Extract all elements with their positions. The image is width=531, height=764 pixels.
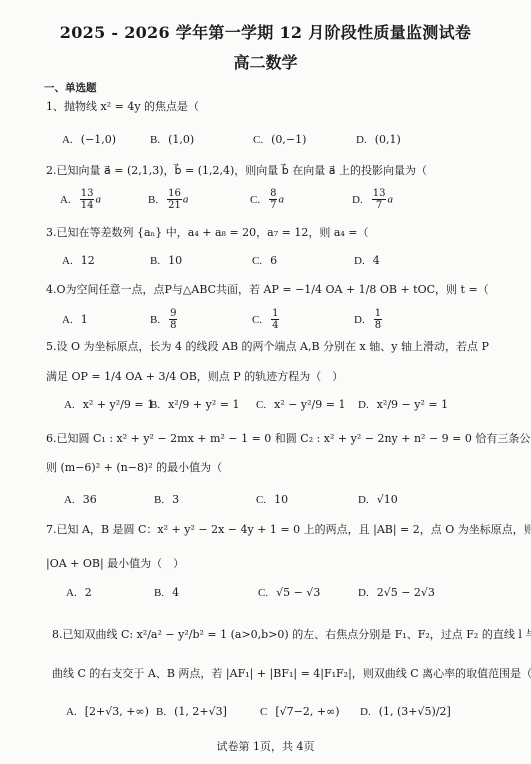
page-footer: 试卷第 1页，共 4页 bbox=[0, 738, 531, 754]
question-7-text-line2: |OA + OB| 最小值为（ ） bbox=[46, 557, 184, 570]
question-8-text-line2: 曲线 C 的右支交于 A、B 两点，若 |AF₁| + |BF₁| = 4|F₁… bbox=[52, 667, 531, 680]
question-5-option-b[interactable]: B.x²/9 + y² = 1 bbox=[150, 398, 239, 412]
question-1: 1、抛物线 x² = 4y 的焦点是（ bbox=[46, 100, 199, 114]
question-7: 7.已知 A，B 是圆 C：x² + y² − 2x − 4y + 1 = 0 … bbox=[46, 523, 531, 537]
question-2-option-b[interactable]: B.1621a⃗ bbox=[148, 188, 197, 211]
question-4-option-b[interactable]: B.98 bbox=[150, 308, 178, 331]
question-7-line2: |OA + OB| 最小值为（ ） bbox=[46, 557, 184, 571]
question-1-option-c[interactable]: C.(0,−1) bbox=[253, 133, 306, 147]
question-5-text-line2: 满足 OP = 1/4 OA + 3/4 OB，则点 P 的轨迹方程为（ ） bbox=[46, 370, 343, 383]
question-8-option-b[interactable]: B.(1, 2+√3] bbox=[156, 705, 227, 719]
question-6-option-d[interactable]: D.√10 bbox=[358, 493, 398, 507]
exam-page: 2025 - 2026 学年第一学期 12 月阶段性质量监测试卷 高二数学 一、… bbox=[0, 0, 531, 764]
question-7-option-b[interactable]: B.4 bbox=[154, 586, 179, 600]
question-7-option-c[interactable]: C.√5 − √3 bbox=[258, 586, 320, 600]
question-6-line2: 则 (m−6)² + (n−8)² 的最小值为（ bbox=[46, 461, 222, 475]
question-7-text-line1: 已知 A，B 是圆 C：x² + y² − 2x − 4y + 1 = 0 上的… bbox=[57, 523, 531, 536]
question-1-stem: 1、 bbox=[46, 100, 64, 113]
question-1-text: 抛物线 x² = 4y 的焦点是（ bbox=[64, 100, 199, 113]
question-6-text-line2: 则 (m−6)² + (n−8)² 的最小值为（ bbox=[46, 461, 222, 474]
question-8-line2: 曲线 C 的右支交于 A、B 两点，若 |AF₁| + |BF₁| = 4|F₁… bbox=[52, 667, 531, 681]
question-7-option-a[interactable]: A.2 bbox=[66, 586, 92, 600]
question-4-option-d[interactable]: D.18 bbox=[354, 308, 383, 331]
question-2-text: 已知向量 a⃗ = (2,1,3)，b⃗ = (1,2,4)，则向量 b⃗ 在向… bbox=[57, 164, 428, 177]
question-2-option-c[interactable]: C.87a⃗ bbox=[250, 188, 293, 211]
question-5-line2: 满足 OP = 1/4 OA + 3/4 OB，则点 P 的轨迹方程为（ ） bbox=[46, 370, 343, 384]
exam-title: 2025 - 2026 学年第一学期 12 月阶段性质量监测试卷 bbox=[0, 20, 531, 43]
question-3-text: 已知在等差数列 {aₙ} 中，a₄ + a₈ = 20，a₇ = 12，则 a₄… bbox=[57, 226, 369, 239]
section-heading: 一、单选题 bbox=[44, 80, 97, 95]
question-3-option-b[interactable]: B.10 bbox=[150, 254, 182, 268]
question-6-option-a[interactable]: A.36 bbox=[64, 493, 97, 507]
question-5: 5.设 O 为坐标原点，长为 4 的线段 AB 的两个端点 A,B 分别在 x … bbox=[46, 340, 489, 354]
question-8-option-c[interactable]: C[√7−2, +∞) bbox=[260, 705, 340, 719]
question-6-option-b[interactable]: B.3 bbox=[154, 493, 179, 507]
question-5-option-a[interactable]: A.x² + y²/9 = 1 bbox=[64, 398, 154, 412]
question-3-option-a[interactable]: A.12 bbox=[62, 254, 95, 268]
question-7-option-d[interactable]: D.2√5 − 2√3 bbox=[358, 586, 435, 600]
question-1-option-d[interactable]: D.(0,1) bbox=[356, 133, 401, 147]
exam-subject: 高二数学 bbox=[0, 50, 531, 73]
question-2-option-d[interactable]: D.137a⃗ bbox=[352, 188, 402, 211]
question-2-option-a[interactable]: A.1314a⃗ bbox=[60, 188, 110, 211]
question-3-option-d[interactable]: D.4 bbox=[354, 254, 380, 268]
question-6: 6.已知圆 C₁ : x² + y² − 2mx + m² − 1 = 0 和圆… bbox=[46, 432, 531, 446]
question-6-option-c[interactable]: C.10 bbox=[256, 493, 288, 507]
question-5-text-line1: 设 O 为坐标原点，长为 4 的线段 AB 的两个端点 A,B 分别在 x 轴、… bbox=[57, 340, 489, 353]
question-1-option-a[interactable]: A.(−1,0) bbox=[62, 133, 116, 147]
question-3: 3.已知在等差数列 {aₙ} 中，a₄ + a₈ = 20，a₇ = 12，则 … bbox=[46, 226, 369, 240]
question-4-option-c[interactable]: C.14 bbox=[252, 308, 280, 331]
question-2: 2.已知向量 a⃗ = (2,1,3)，b⃗ = (1,2,4)，则向量 b⃗ … bbox=[46, 164, 427, 178]
question-4-text: O为空间任意一点，点P与△ABC共面，若 AP = −1/4 OA + 1/8 … bbox=[57, 283, 489, 296]
question-6-text-line1: 已知圆 C₁ : x² + y² − 2mx + m² − 1 = 0 和圆 C… bbox=[57, 432, 531, 445]
question-5-option-d[interactable]: D.x²/9 − y² = 1 bbox=[358, 398, 448, 412]
question-1-option-b[interactable]: B.(1,0) bbox=[150, 133, 194, 147]
question-4: 4.O为空间任意一点，点P与△ABC共面，若 AP = −1/4 OA + 1/… bbox=[46, 283, 489, 297]
question-8-option-a[interactable]: A.[2+√3, +∞) bbox=[66, 705, 149, 719]
question-5-option-c[interactable]: C.x² − y²/9 = 1 bbox=[256, 398, 345, 412]
question-4-option-a[interactable]: A.1 bbox=[62, 313, 88, 327]
question-3-option-c[interactable]: C.6 bbox=[252, 254, 277, 268]
question-8-text-line1: 已知双曲线 C: x²/a² − y²/b² = 1 (a>0,b>0) 的左、… bbox=[63, 628, 531, 641]
question-8: 8.已知双曲线 C: x²/a² − y²/b² = 1 (a>0,b>0) 的… bbox=[52, 628, 531, 642]
question-8-option-d[interactable]: D.(1, (3+√5)/2] bbox=[360, 705, 451, 719]
